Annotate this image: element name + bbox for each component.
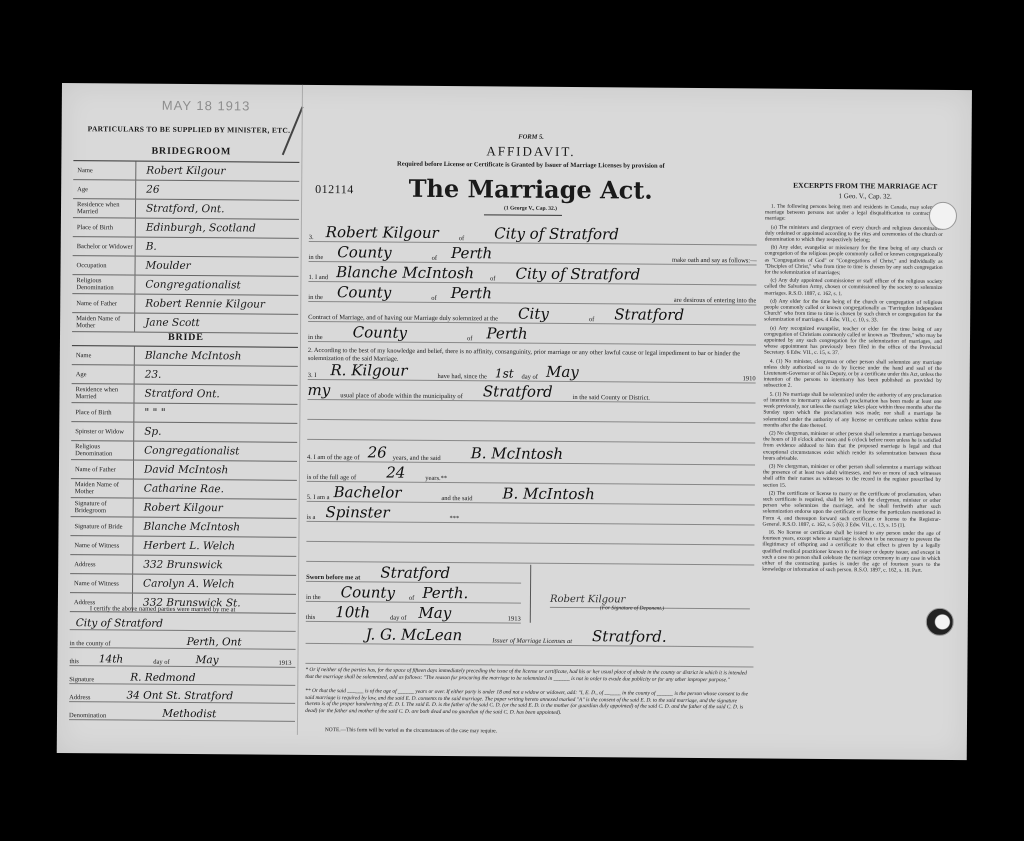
minister-signature: R. Redmond (124, 672, 195, 685)
day-of-label: day of (153, 659, 169, 666)
certify-place: City of Stratford (70, 617, 163, 630)
excerpt-paragraph: (d) Any elder for the time being of the … (764, 298, 942, 324)
years-label: years.** (425, 475, 447, 482)
field-value: Blanche McIntosh (135, 350, 298, 363)
sworn-date-line: this 10th day of May 1913 (306, 605, 521, 624)
blank-line (306, 545, 754, 566)
field-value: B. (136, 241, 299, 254)
blank-line (307, 423, 755, 444)
field-value: Blanche McIntosh (133, 521, 296, 534)
affidavit-title: AFFIDAVIT. (303, 142, 758, 162)
bridegroom-row: Bachelor or WidowerB. (73, 237, 299, 258)
issuer-signature: J. G. McLean (366, 625, 463, 644)
blank-line (307, 403, 755, 424)
deponent-name: Robert Kilgour (326, 223, 439, 242)
deponent-county-name: Perth (451, 244, 492, 262)
have-had-label: have had, since the (437, 373, 487, 380)
para3-year: 1910 (743, 375, 756, 382)
field-value: Herbert L. Welch (133, 540, 296, 553)
footnote-stars: *** (450, 515, 460, 522)
deponent-place: City of Stratford (494, 224, 619, 243)
sworn-month: May (418, 604, 451, 622)
field-label: Residence when Married (73, 199, 136, 217)
county-label: in the county of (70, 640, 111, 647)
field-value: Stratford, Ont. (136, 203, 299, 216)
deponent-line: 3. Robert Kilgour of City of Stratford (309, 225, 757, 246)
second-party-name: Blanche McIntosh (336, 263, 474, 282)
full-age-label: is of the full age of (307, 474, 356, 481)
abode-municipality: Stratford (483, 382, 553, 401)
field-value: Moulder (136, 260, 299, 273)
bride-row: Signature of BridegroomRobert Kilgour (71, 498, 297, 519)
bride-row: Signature of BrideBlanche McIntosh (70, 517, 296, 538)
para4-age-line: is of the full age of 24 years.** (307, 465, 755, 486)
bridegroom-table: NameRobert KilgourAge26Residence when Ma… (72, 160, 299, 334)
sworn-county-line: in the County of Perth. (306, 585, 521, 604)
field-label: Religious Denomination (71, 441, 134, 459)
field-value: Sp. (134, 426, 297, 439)
certify-month: May (190, 654, 219, 666)
field-label: Name of Father (71, 460, 134, 478)
second-party-status: Spinster (325, 503, 389, 522)
footnote-2: ** Or that the said ______ is of the age… (305, 688, 753, 718)
solemnize-county-name: Perth (486, 324, 527, 342)
usual-abode-label: usual place of abode within the municipa… (340, 392, 463, 400)
field-value: Robert Kilgour (136, 165, 299, 178)
blank-line (306, 525, 754, 546)
minister-denomination: Methodist (156, 708, 216, 720)
bridegroom-row: NameRobert Kilgour (73, 161, 299, 182)
act-title: The Marriage Act. (303, 173, 758, 206)
of-label: of (409, 595, 414, 602)
particulars-header: PARTICULARS TO BE SUPPLIED BY MINISTER, … (88, 124, 291, 135)
required-note: Required before License or Certificate i… (303, 160, 758, 171)
sworn-year: 1913 (508, 616, 521, 623)
para4-lead: 4. I am of the age of (307, 454, 360, 461)
signature-label: Signature (69, 676, 94, 683)
para4-party: B. McIntosh (471, 444, 563, 463)
sworn-line: Sworn before me at Stratford (306, 565, 521, 584)
field-label: Age (72, 365, 135, 383)
field-value: 26 (136, 184, 299, 197)
denomination-line: DenominationMethodist (69, 702, 295, 722)
minister-address: 34 Ont St. Stratford (120, 689, 233, 702)
excerpt-paragraph: 16. No license or certificate shall be i… (762, 529, 940, 574)
act-citation: (1 George V., Cap. 32.) (303, 204, 758, 214)
certify-year: 1913 (278, 660, 295, 667)
sworn-label: Sworn before me at (306, 574, 360, 581)
excerpts-body: 1. The following persons being men and r… (762, 204, 943, 577)
bride-row: Residence when MarriedStratford Ont. (71, 384, 297, 405)
sworn-day: 10th (335, 603, 370, 621)
para1-county-line: in the County of Perth are desirous of e… (308, 285, 756, 306)
bride-row: Name of WitnessHerbert L. Welch (70, 536, 296, 557)
bridegroom-row: Maiden Name of MotherJane Scott (72, 313, 298, 334)
field-label: Religious Denomination (72, 275, 135, 293)
field-value: Robert Kilgour (134, 502, 297, 515)
excerpt-paragraph: (b) Any elder, evangelist or missionary … (765, 245, 943, 277)
field-value: Jane Scott (135, 317, 298, 330)
possessive: my (308, 381, 331, 399)
certify-day: 14th (93, 653, 123, 665)
para3-line: 3. I R. Kilgour have had, since the 1st … (308, 363, 756, 384)
para-number: 3. (309, 234, 314, 241)
field-label: Maiden Name of Mother (71, 479, 134, 497)
address-line: Address34 Ont St. Stratford (69, 684, 295, 704)
field-label: Name (72, 346, 135, 364)
field-value: Congregationalist (134, 445, 297, 458)
footnote-1: * Or if neither of the parties has, for … (305, 667, 753, 684)
address-label: Address (69, 694, 90, 701)
excerpt-paragraph: 5. (1) No marriage shall be solemnized u… (763, 391, 941, 430)
field-value: Robert Rennie Kilgour (135, 298, 298, 311)
para5-line: 5. I am a Bachelor and the said B. McInt… (307, 485, 755, 506)
bridegroom-section-title: BRIDEGROOM (151, 146, 231, 158)
field-label: Name of Father (72, 294, 135, 312)
bride-section-title: BRIDE (168, 332, 204, 343)
field-label: Name (73, 161, 136, 179)
certify-date-line: this 14th day of May 1913 (69, 648, 295, 668)
minister-particulars-panel: PARTICULARS TO BE SUPPLIED BY MINISTER, … (57, 83, 302, 755)
para3-month: May (546, 363, 579, 381)
excerpts-title: EXCERPTS FROM THE MARRIAGE ACT (761, 180, 969, 191)
certify-county: Perth, Ont (181, 636, 242, 648)
para3-day: 1st (495, 366, 514, 380)
desirous-label: are desirous of entering into the (674, 297, 757, 305)
day-of-label: day of (390, 615, 406, 622)
punch-hole-icon (929, 202, 957, 230)
bride-row: Name of WitnessCarolyn A. Welch (70, 574, 296, 595)
contract-label: Contract of Marriage, and of having our … (308, 314, 498, 322)
county-district-label: in the said County or District. (573, 394, 650, 402)
bridegroom-row: Name of FatherRobert Rennie Kilgour (72, 294, 298, 315)
field-value: 23. (135, 369, 298, 382)
field-label: Spinster or Widow (71, 422, 134, 440)
marriage-affidavit-document: MAY 18 1913 PARTICULARS TO BE SUPPLIED B… (57, 83, 972, 760)
bride-row: Age23. (72, 365, 298, 386)
in-the-label: in the (308, 334, 323, 341)
this-label: this (69, 658, 78, 665)
bridegroom-row: Residence when MarriedStratford, Ont. (73, 199, 299, 220)
years-label: years, and the said (393, 455, 441, 462)
bracket (530, 565, 531, 623)
field-label: Name of Witness (70, 536, 133, 554)
day-of-label: day of (522, 374, 538, 381)
in-the-label: in the (308, 294, 323, 301)
sworn-county: County (341, 583, 395, 601)
certify-county-line: in the county ofPerth, Ont (70, 630, 296, 650)
field-label: Name of Witness (70, 574, 133, 592)
solemnize-county: County (353, 323, 407, 341)
excerpt-paragraph: (c) Any duly appointed commissioner or s… (764, 278, 942, 298)
field-label: Signature of Bridegroom (71, 498, 134, 516)
excerpt-paragraph: 4. (1) No minister, clergyman or other p… (764, 358, 942, 390)
of-label: of (589, 316, 594, 323)
blank-line (305, 647, 753, 668)
para1-line: 1. I and Blanche McIntosh of City of Str… (308, 265, 756, 286)
solemnize-town: Stratford (614, 305, 684, 324)
certify-place-line: City of Stratford (70, 612, 296, 632)
denomination-label: Denomination (69, 712, 106, 719)
bride-row: Religious DenominationCongregationalist (71, 441, 297, 462)
of-label: of (431, 295, 436, 302)
para1-lead: 1. I and (308, 274, 328, 281)
bride-row: Name of FatherDavid McIntosh (71, 460, 297, 481)
contract-county-line: in the County of Perth (308, 325, 756, 346)
of-label: of (467, 335, 472, 342)
bride-row: Maiden Name of MotherCatharine Rae. (71, 479, 297, 500)
excerpts-subtitle: 1 Geo. V., Cap. 32. (761, 191, 969, 201)
title-underline (484, 214, 562, 216)
is-a-label: is a (307, 514, 316, 521)
para5-party: B. McIntosh (502, 484, 594, 503)
bridegroom-row: Place of BirthEdinburgh, Scotland (73, 218, 299, 239)
of-label: of (490, 275, 495, 282)
deponent-county: County (337, 243, 391, 261)
deponent-signature-caption: (For Signature of Deponent.) (600, 605, 664, 612)
punch-hole-icon (926, 608, 954, 636)
field-label: Occupation (72, 256, 135, 274)
para3-abode-line: my usual place of abode within the munic… (308, 383, 756, 404)
para4-line: 4. I am of the age of 26 years, and the … (307, 445, 755, 466)
field-label: Residence when Married (71, 384, 134, 402)
second-party-age: 24 (386, 464, 405, 482)
field-value: Congregationalist (135, 279, 298, 292)
field-value: David McIntosh (134, 464, 297, 477)
bridegroom-row: Religious DenominationCongregationalist (72, 275, 298, 296)
solemnize-at: City (518, 305, 549, 323)
issuer-label: Issuer of Marriage Licenses at (492, 637, 572, 645)
para3-name: R. Kilgour (330, 361, 407, 380)
issuer-line: J. G. McLean Issuer of Marriage Licenses… (306, 627, 754, 648)
of-label: of (432, 255, 437, 262)
marriage-act-excerpts-panel: EXCERPTS FROM THE MARRIAGE ACT 1 Geo. V.… (757, 88, 970, 760)
field-value: " " " (134, 407, 297, 420)
form-note: NOTE.—This form will be varied as the ci… (305, 727, 773, 737)
excerpt-paragraph: (3) No clergyman, minister or other pers… (763, 463, 941, 489)
in-the-label: in the (306, 594, 321, 601)
sworn-place: Stratford (380, 564, 450, 583)
field-value: Carolyn A. Welch (133, 578, 296, 591)
and-said-label: and the said (441, 495, 472, 502)
deponent-age: 26 (368, 443, 387, 461)
bride-row: Spinster or WidowSp. (71, 422, 297, 443)
make-oath-label: make oath and say as follows:— (672, 257, 757, 265)
excerpt-paragraph: 1. The following persons being men and r… (765, 204, 943, 224)
excerpt-paragraph: (2) The certificate or license to marry … (763, 490, 941, 529)
bride-table: NameBlanche McIntoshAge23.Residence when… (70, 345, 298, 614)
para3-lead: 3. I (308, 372, 317, 379)
affidavit-panel: FORM 5. AFFIDAVIT. Required before Licen… (299, 85, 759, 759)
field-value: 332 Brunswick (133, 559, 296, 572)
excerpt-paragraph: (2) No clergyman, minister or other pers… (763, 430, 941, 462)
of-label: of (459, 235, 464, 242)
excerpt-paragraph: (e) Any recognized evangelist, teacher o… (764, 325, 942, 357)
deponent-status: Bachelor (333, 483, 401, 502)
this-label: this (306, 614, 315, 621)
form-number: FORM 5. (304, 132, 759, 143)
second-party-place: City of Stratford (515, 265, 640, 284)
bride-row: Place of Birth" " " (71, 403, 297, 424)
field-value: Catharine Rae. (134, 483, 297, 496)
bridegroom-row: OccupationMoulder (72, 256, 298, 277)
sworn-county-name: Perth. (422, 584, 468, 602)
field-label: Place of Birth (71, 403, 134, 421)
field-label: Bachelor or Widower (73, 237, 136, 255)
field-label: Signature of Bride (70, 517, 133, 535)
minister-certification: I certify the above named parties were m… (69, 605, 296, 722)
bridegroom-row: Age26 (73, 180, 299, 201)
field-label: Age (73, 180, 136, 198)
second-party-county-name: Perth (451, 284, 492, 302)
second-party-county: County (337, 283, 391, 301)
bride-row: NameBlanche McIntosh (72, 346, 298, 367)
field-label: Place of Birth (73, 218, 136, 236)
field-value: Edinburgh, Scotland (136, 222, 299, 235)
deponent-county-line: in the County of Perth make oath and say… (309, 245, 757, 266)
in-the-label: in the (309, 254, 324, 261)
contract-line: Contract of Marriage, and of having our … (308, 305, 756, 326)
signature-line: SignatureR. Redmond (69, 666, 295, 686)
para5-status-line: is a Spinster *** (307, 505, 755, 526)
field-label: Address (70, 555, 133, 573)
deponent-signature: Robert Kilgour (550, 594, 625, 606)
field-value: Stratford Ont. (135, 388, 298, 401)
field-label: Maiden Name of Mother (72, 313, 135, 331)
bride-row: Address332 Brunswick (70, 555, 296, 576)
issuer-place: Stratford. (592, 627, 667, 646)
excerpt-paragraph: (a) The ministers and clergymen of every… (765, 224, 943, 244)
para5-lead: 5. I am a (307, 494, 330, 501)
